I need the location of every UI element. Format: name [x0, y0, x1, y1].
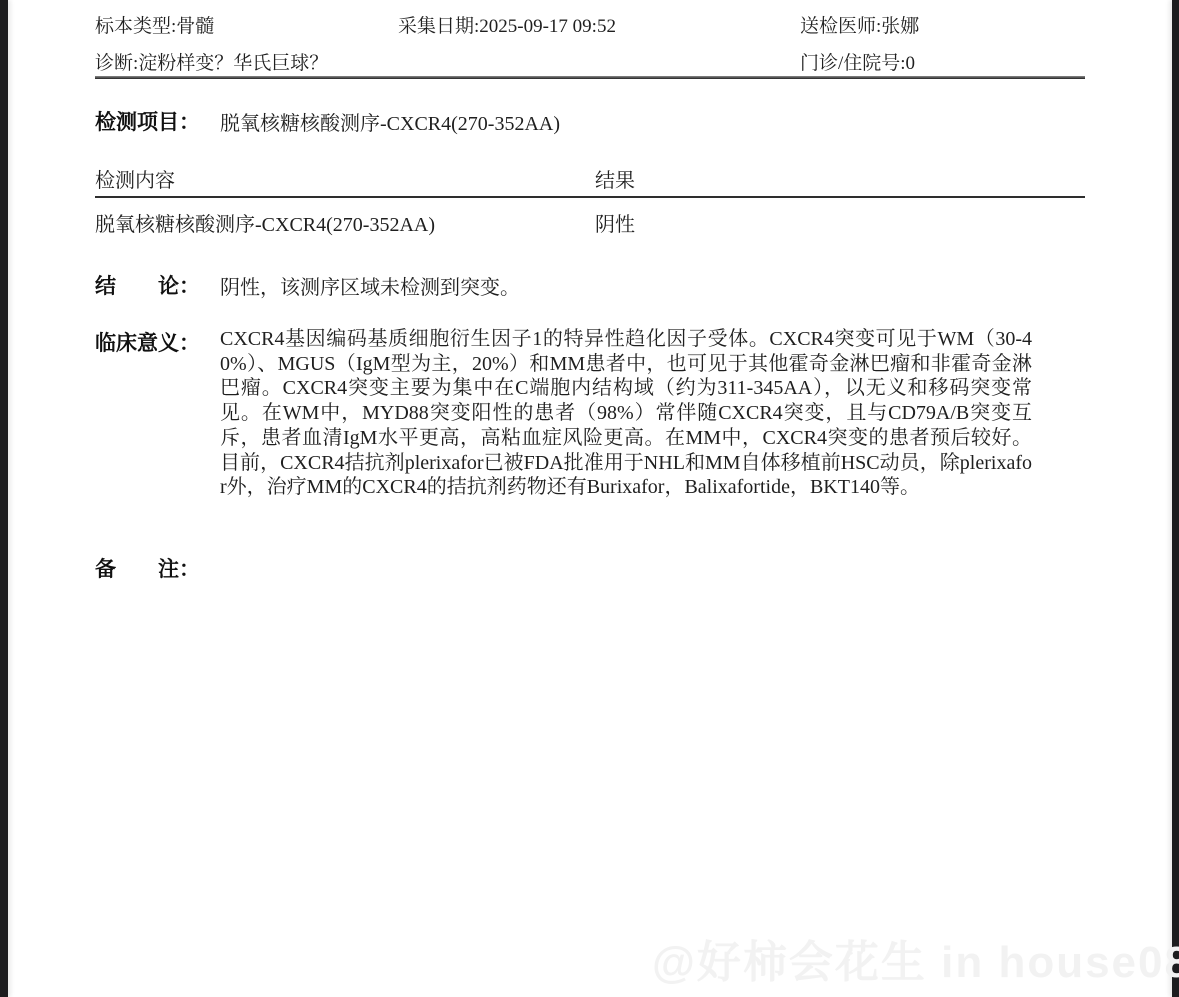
left-edge-bar — [0, 0, 8, 997]
table-cell-result: 阴性 — [595, 208, 635, 237]
diagnosis: 诊断:淀粉样变？华氏巨球？ — [95, 48, 328, 75]
conclusion-value: 阴性，该测序区域未检测到突变。 — [220, 271, 520, 300]
table-cell-content: 脱氧核糖核酸测序-CXCR4(270-352AA) — [95, 208, 435, 237]
specimen-type: 标本类型:骨髓 — [95, 11, 214, 38]
table-header-content: 检测内容 — [95, 164, 175, 193]
watermark-text: @好柿会花生 in house086 — [652, 926, 1179, 990]
table-header-result: 结果 — [595, 164, 635, 193]
clinical-significance-text: CXCR4基因编码基质细胞衍生因子1的特异性趋化因子受体。CXCR4突变可见于W… — [220, 327, 1032, 500]
clinical-significance-label: 临床意义： — [95, 327, 200, 357]
test-item-label: 检测项目： — [95, 106, 200, 136]
conclusion-label: 结 论： — [95, 270, 200, 300]
header-divider — [95, 76, 1085, 79]
right-edge-bar — [1172, 0, 1179, 997]
referring-physician: 送检医师:张娜 — [800, 11, 919, 38]
test-item-value: 脱氧核糖核酸测序-CXCR4(270-352AA) — [220, 107, 560, 136]
remark-label: 备 注： — [95, 553, 200, 583]
table-header-divider — [95, 196, 1085, 198]
collection-date: 采集日期:2025-09-17 09:52 — [398, 11, 616, 38]
patient-number: 门诊/住院号:0 — [800, 48, 915, 75]
